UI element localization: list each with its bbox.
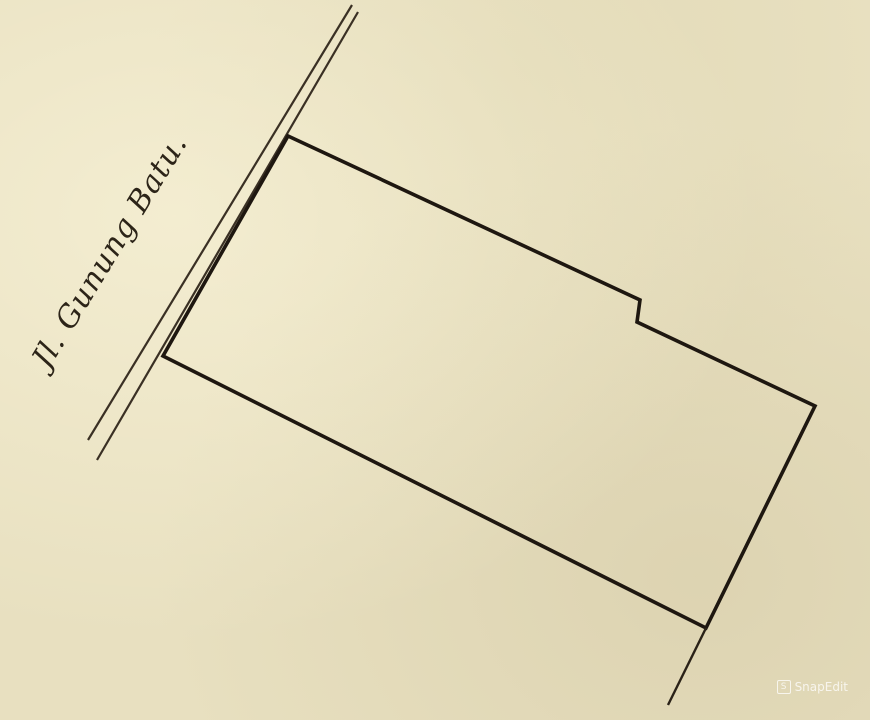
site-plan: [0, 0, 870, 720]
watermark-label: SnapEdit: [795, 680, 848, 694]
boundary-extension-line: [668, 628, 706, 705]
land-parcel-outline: [163, 136, 815, 628]
snapedit-logo-icon: S: [777, 680, 791, 694]
watermark: S SnapEdit: [777, 680, 848, 694]
